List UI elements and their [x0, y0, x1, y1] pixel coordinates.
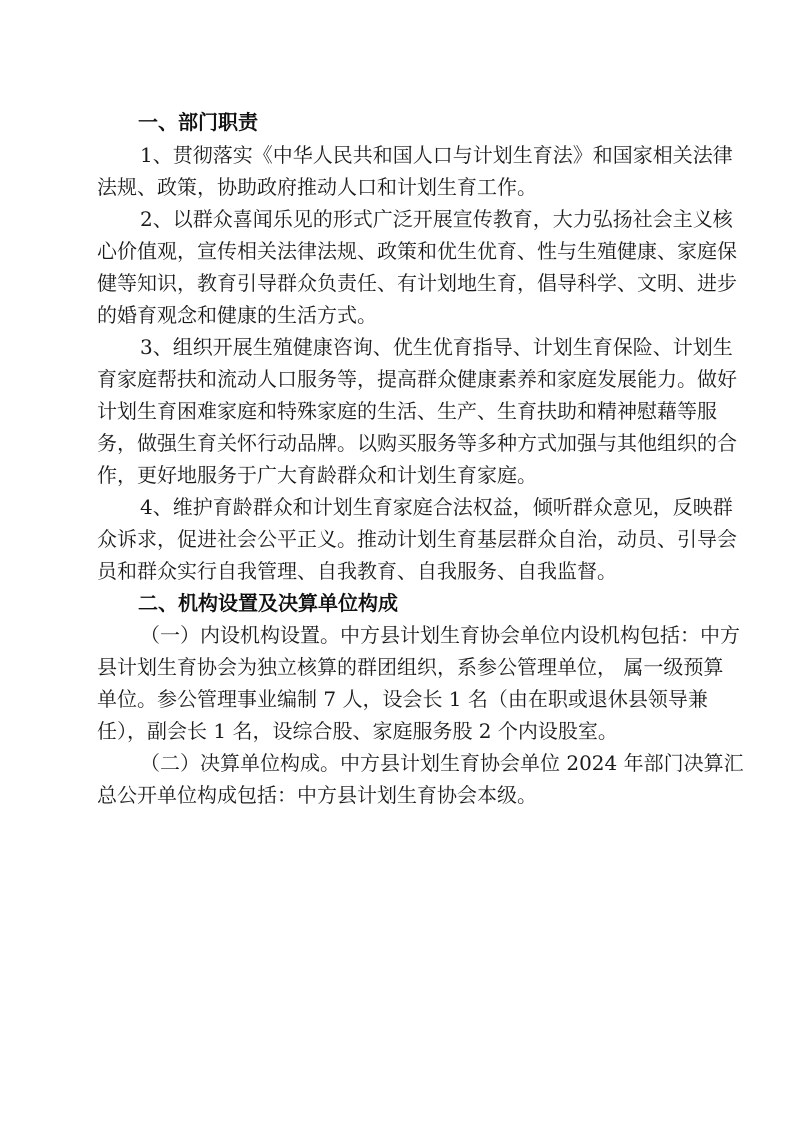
document-page: 一、部门职责 1、贯彻落实《中华人民共和国人口与计划生育法》和国家相关法律 法规… [0, 0, 793, 1122]
paragraph-line: 1、贯彻落实《中华人民共和国人口与计划生育法》和国家相关法律 [140, 139, 697, 171]
paragraph-line: 总公开单位构成包括：中方县计划生育协会本级。 [97, 779, 697, 811]
paragraph-line: 众诉求，促进社会公平正义。推动计划生育基层群众自治，动员、引导会 [97, 523, 697, 555]
paragraph-line: 的婚育观念和健康的生活方式。 [97, 299, 697, 331]
paragraph-line: 4、维护育龄群众和计划生育家庭合法权益，倾听群众意见，反映群 [140, 491, 697, 523]
paragraph-line: （一）内设机构设置。中方县计划生育协会单位内设机构包括：中方 [140, 619, 697, 651]
paragraph-line: 县计划生育协会为独立核算的群团组织，系参公管理单位， 属一级预算 [97, 651, 697, 683]
paragraph-line: 心价值观，宣传相关法律法规、政策和优生优育、性与生殖健康、家庭保 [97, 235, 697, 267]
paragraph-line: 法规、政策，协助政府推动人口和计划生育工作。 [97, 171, 697, 203]
paragraph-line: （二）决算单位构成。中方县计划生育协会单位 2024 年部门决算汇 [140, 747, 697, 779]
paragraph-line: 单位。参公管理事业编制 7 人，设会长 1 名（由在职或退休县领导兼 [97, 683, 697, 715]
paragraph-line: 作，更好地服务于广大育龄群众和计划生育家庭。 [97, 459, 697, 491]
paragraph-line: 计划生育困难家庭和特殊家庭的生活、生产、生育扶助和精神慰藉等服 [97, 395, 697, 427]
paragraph-line: 任），副会长 1 名，设综合股、家庭服务股 2 个内设股室。 [97, 715, 697, 747]
paragraph-line: 3、组织开展生殖健康咨询、优生优育指导、计划生育保险、计划生 [140, 331, 697, 363]
paragraph-line: 2、以群众喜闻乐见的形式广泛开展宣传教育，大力弘扬社会主义核 [140, 203, 697, 235]
paragraph-line: 育家庭帮扶和流动人口服务等，提高群众健康素养和家庭发展能力。做好 [97, 363, 697, 395]
section-heading-duties: 一、部门职责 [138, 106, 258, 138]
paragraph-line: 员和群众实行自我管理、自我教育、自我服务、自我监督。 [97, 555, 697, 587]
paragraph-line: 健等知识，教育引导群众负责任、有计划地生育，倡导科学、文明、进步 [97, 267, 697, 299]
section-heading-organization: 二、机构设置及决算单位构成 [138, 587, 398, 619]
paragraph-line: 务，做强生育关怀行动品牌。以购买服务等多种方式加强与其他组织的合 [97, 427, 697, 459]
